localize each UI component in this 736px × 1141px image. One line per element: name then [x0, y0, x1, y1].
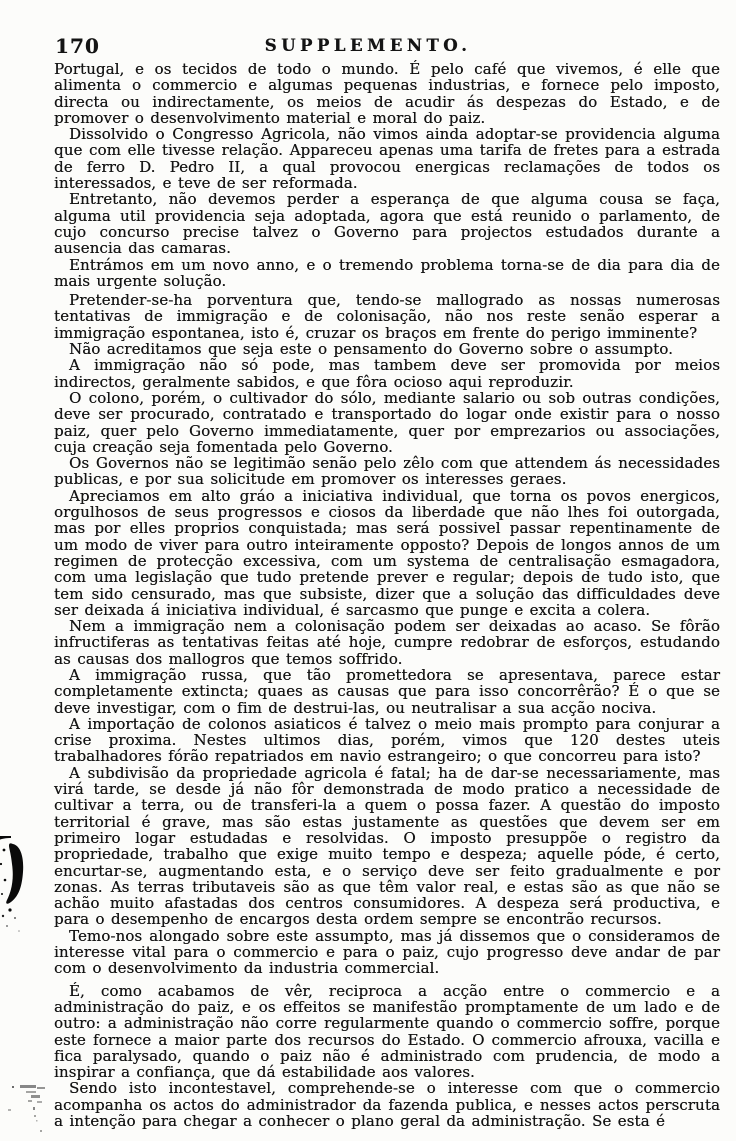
- paragraph: A immigração russa, que tão promettedora…: [54, 667, 720, 716]
- paragraph: Pretender-se-ha porventura que, tendo-se…: [54, 292, 720, 341]
- paragraph: Nem a immigração nem a colonisação podem…: [54, 618, 720, 667]
- paragraph: É, como acabamos de vêr, reciproca a acç…: [54, 983, 720, 1081]
- ink-blot-icon: [0, 834, 37, 944]
- paragraph: Dissolvido o Congresso Agricola, não vim…: [54, 126, 720, 191]
- paragraph: Sendo isto incontestavel, comprehende-se…: [54, 1080, 720, 1129]
- paragraph: Os Governos não se legitimão senão pelo …: [54, 455, 720, 488]
- paragraph: Entretanto, não devemos perder a esperan…: [54, 191, 720, 256]
- paragraph: Entrámos em um novo anno, e o tremendo p…: [54, 257, 720, 290]
- paragraph: O colono, porém, o cultivador do sólo, m…: [54, 390, 720, 455]
- paragraph: Temo-nos alongado sobre este assumpto, m…: [54, 928, 720, 977]
- page-header: 170 SUPPLEMENTO.: [0, 34, 736, 60]
- scanned-book-page: 170 SUPPLEMENTO. Portugal, e os tecidos …: [0, 0, 736, 1141]
- page-body: Portugal, e os tecidos de todo o mundo. …: [54, 61, 720, 1129]
- paragraph: A subdivisão da propriedade agricola é f…: [54, 765, 720, 928]
- paragraph: Não acreditamos que seja este o pensamen…: [54, 341, 720, 357]
- paragraph: Apreciamos em alto gráo a iniciativa ind…: [54, 488, 720, 618]
- paragraph: A importação de colonos asiaticos é talv…: [54, 716, 720, 765]
- page-title: SUPPLEMENTO.: [0, 36, 736, 55]
- paragraph: A immigração não só pode, mas tambem dev…: [54, 357, 720, 390]
- paragraph: Portugal, e os tecidos de todo o mundo. …: [54, 61, 720, 126]
